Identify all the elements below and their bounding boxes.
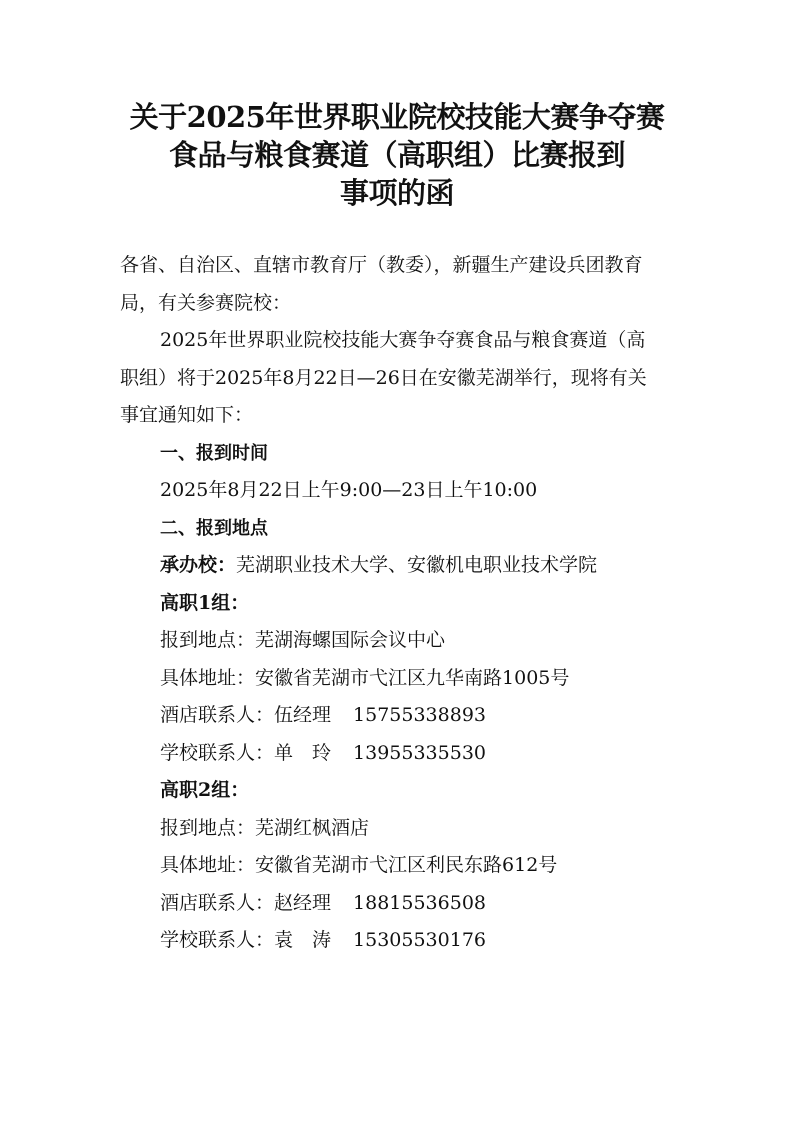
section-2-heading: 二、报到地点 <box>120 510 680 548</box>
group-1-address-line: 具体地址：安徽省芜湖市弋江区九华南路1005号 <box>120 660 680 698</box>
group-2-location: 芜湖红枫酒店 <box>255 817 369 839</box>
group-2-name: 高职2组： <box>120 772 680 810</box>
group-1-address: 安徽省芜湖市弋江区九华南路1005号 <box>255 667 569 689</box>
group-2-school-contact-name: 袁 涛 <box>274 929 331 951</box>
group-2-hotel-contact-label: 酒店联系人： <box>160 892 274 914</box>
intro-line-1: 2025年世界职业院校技能大赛争夺赛食品与粮食赛道（高 <box>120 322 680 360</box>
group-2-location-label: 报到地点： <box>160 817 255 839</box>
group-1-school-contact-phone: 13955335530 <box>353 742 486 764</box>
document-title: 关于2025年世界职业院校技能大赛争夺赛 食品与粮食赛道（高职组）比赛报到 事项… <box>0 98 794 212</box>
group-2-address-label: 具体地址： <box>160 854 255 876</box>
intro-line-3: 事宜通知如下： <box>120 397 680 435</box>
group-2-hotel-contact-phone: 18815536508 <box>353 892 486 914</box>
group-2-school-contact-phone: 15305530176 <box>353 929 486 951</box>
group-1-school-contact-name: 单 玲 <box>274 742 331 764</box>
group-1-school-contact-line: 学校联系人：单 玲13955335530 <box>120 735 680 773</box>
document-body: 各省、自治区、直辖市教育厅（教委），新疆生产建设兵团教育 局，有关参赛院校： 2… <box>120 247 680 960</box>
host-school-label: 承办校： <box>160 554 236 576</box>
section-1-heading: 一、报到时间 <box>120 435 680 473</box>
title-line-2: 食品与粮食赛道（高职组）比赛报到 <box>0 136 794 174</box>
group-2-hotel-contact-name: 赵经理 <box>274 892 331 914</box>
section-1-content: 2025年8月22日上午9:00—23日上午10:00 <box>120 472 680 510</box>
group-1-name: 高职1组： <box>120 585 680 623</box>
group-1-location-line: 报到地点：芜湖海螺国际会议中心 <box>120 622 680 660</box>
group-1-school-contact-label: 学校联系人： <box>160 742 274 764</box>
group-2-hotel-contact-line: 酒店联系人：赵经理18815536508 <box>120 885 680 923</box>
group-2-school-contact-line: 学校联系人：袁 涛15305530176 <box>120 922 680 960</box>
group-1-location: 芜湖海螺国际会议中心 <box>255 629 445 651</box>
title-line-1: 关于2025年世界职业院校技能大赛争夺赛 <box>0 98 794 136</box>
group-1-hotel-contact-phone: 15755338893 <box>353 704 486 726</box>
document-page: 关于2025年世界职业院校技能大赛争夺赛 食品与粮食赛道（高职组）比赛报到 事项… <box>0 0 794 1123</box>
group-1-location-label: 报到地点： <box>160 629 255 651</box>
group-1-hotel-contact-label: 酒店联系人： <box>160 704 274 726</box>
host-school-value: 芜湖职业技术大学、安徽机电职业技术学院 <box>236 554 597 576</box>
group-1-hotel-contact-line: 酒店联系人：伍经理15755338893 <box>120 697 680 735</box>
group-2-school-contact-label: 学校联系人： <box>160 929 274 951</box>
intro-line-2: 职组）将于2025年8月22日—26日在安徽芜湖举行，现将有关 <box>120 360 680 398</box>
group-1-address-label: 具体地址： <box>160 667 255 689</box>
title-line-3: 事项的函 <box>0 174 794 212</box>
group-2-address-line: 具体地址：安徽省芜湖市弋江区利民东路612号 <box>120 847 680 885</box>
host-school-line: 承办校：芜湖职业技术大学、安徽机电职业技术学院 <box>120 547 680 585</box>
group-1-hotel-contact-name: 伍经理 <box>274 704 331 726</box>
salutation-line-2: 局，有关参赛院校： <box>120 285 680 323</box>
group-2-address: 安徽省芜湖市弋江区利民东路612号 <box>255 854 557 876</box>
group-2-location-line: 报到地点：芜湖红枫酒店 <box>120 810 680 848</box>
salutation-line-1: 各省、自治区、直辖市教育厅（教委），新疆生产建设兵团教育 <box>120 247 680 285</box>
